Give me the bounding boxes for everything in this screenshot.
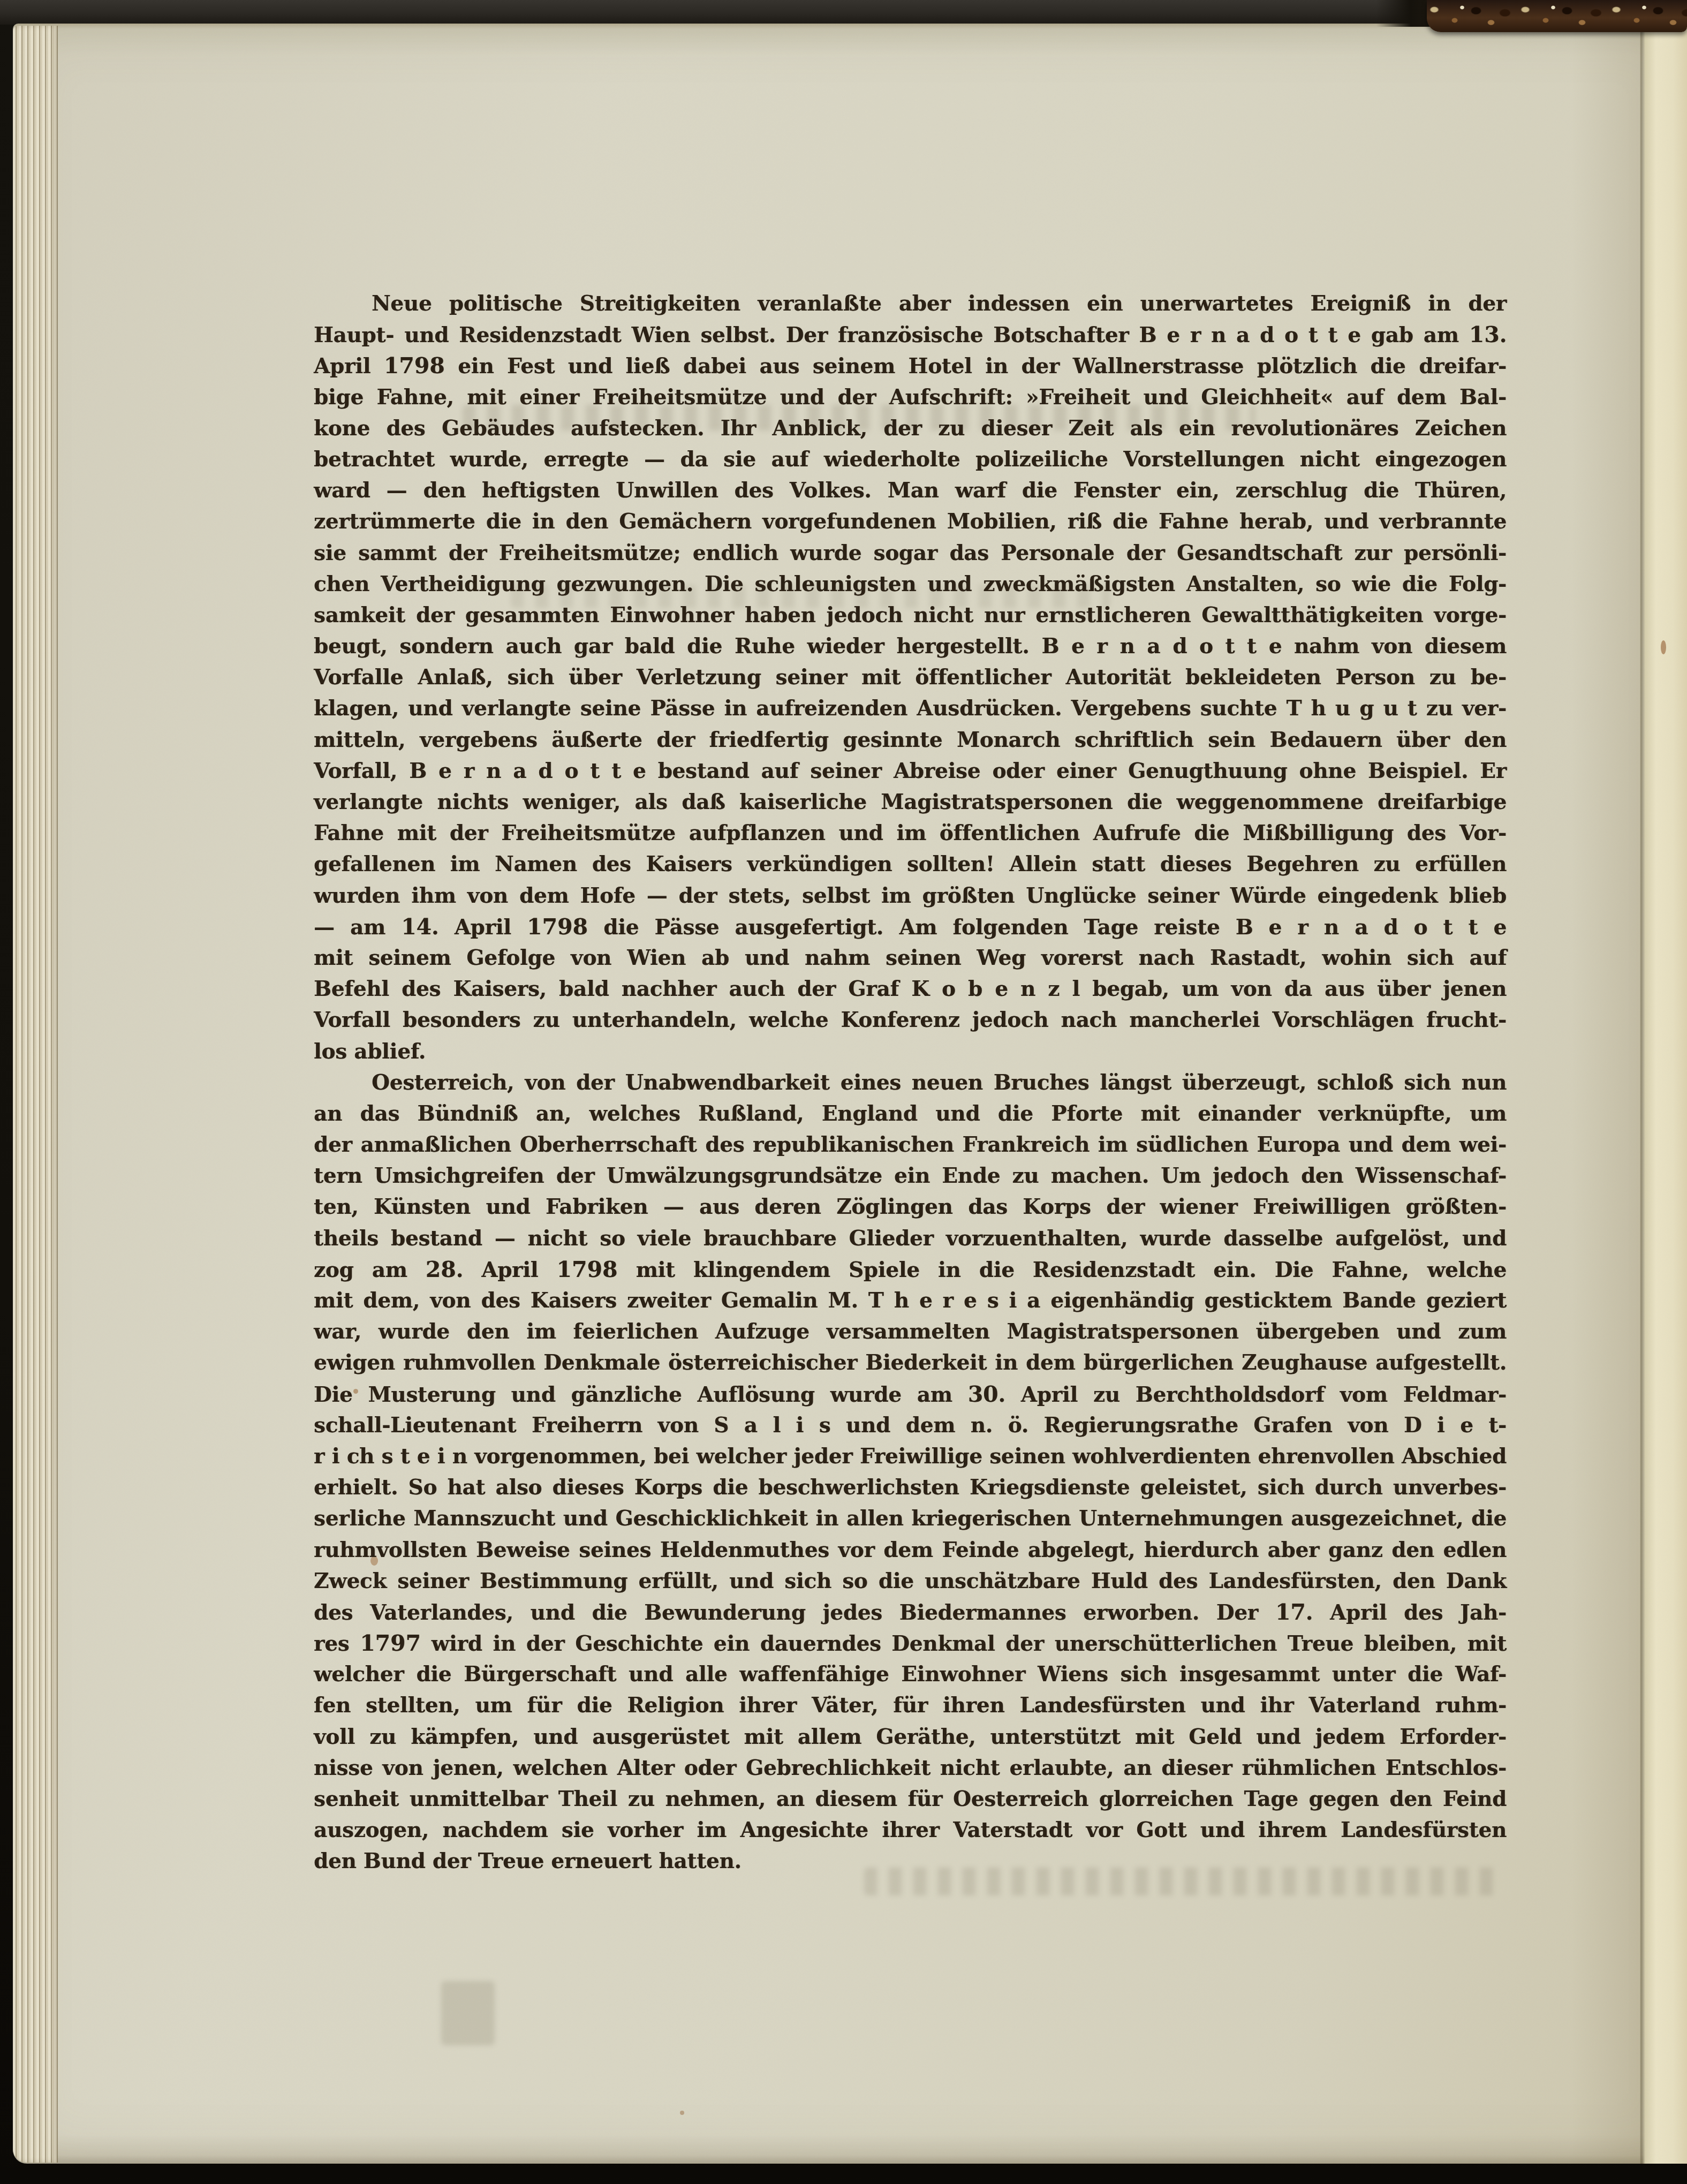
text-line: kone des Gebäudes aufstecken. Ihr Anblic… bbox=[314, 413, 1507, 444]
text-line: ward — den heftigsten Unwillen des Volke… bbox=[314, 475, 1507, 506]
text-line: los ablief. bbox=[314, 1036, 1507, 1067]
book-scan: Neue politische Streitigkeiten veranlaßt… bbox=[0, 0, 1687, 2184]
text-line: nisse von jenen, welchen Alter oder Gebr… bbox=[314, 1752, 1507, 1784]
text-line: Vorfalle Anlaß, sich über Verletzung sei… bbox=[314, 662, 1507, 693]
page: Neue politische Streitigkeiten veranlaßt… bbox=[13, 24, 1687, 2164]
text-line: Befehl des Kaisers, bald nachher auch de… bbox=[314, 973, 1507, 1004]
paragraph: Neue politische Streitigkeiten veranlaßt… bbox=[314, 288, 1507, 1067]
text-line: serliche Mannszucht und Geschicklichkeit… bbox=[314, 1503, 1507, 1534]
text-line: Vorfall, B e r n a d o t t e bestand auf… bbox=[314, 755, 1507, 787]
text-line: bige Fahne, mit einer Freiheitsmütze und… bbox=[314, 382, 1507, 413]
text-line: ewigen ruhmvollen Denkmale österreichisc… bbox=[314, 1347, 1507, 1378]
text-line: Oesterreich, von der Unabwendbarkeit ein… bbox=[314, 1067, 1507, 1098]
page-edge-stack bbox=[13, 26, 58, 2163]
text-line: der anmaßlichen Oberherrschaft des repub… bbox=[314, 1129, 1507, 1160]
text-line: tern Umsichgreifen der Umwälzungsgrundsä… bbox=[314, 1160, 1507, 1191]
text-line: klagen, und verlangte seine Pässe in auf… bbox=[314, 693, 1507, 724]
text-line: voll zu kämpfen, und ausgerüstet mit all… bbox=[314, 1721, 1507, 1752]
text-line: zog am 28. April 1798 mit klingendem Spi… bbox=[314, 1254, 1507, 1285]
text-line: fen stellten, um für die Religion ihrer … bbox=[314, 1690, 1507, 1721]
text-line: mit seinem Gefolge von Wien ab und nahm … bbox=[314, 942, 1507, 973]
text-line: schall-Lieutenant Freiherrn von S a l i … bbox=[314, 1410, 1507, 1441]
text-line: — am 14. April 1798 die Pässe ausgeferti… bbox=[314, 911, 1507, 942]
text-line: Vorfall besonders zu unterhandeln, welch… bbox=[314, 1004, 1507, 1036]
text-line: den Bund der Treue erneuert hatten. bbox=[314, 1846, 1507, 1877]
showthrough-ghost bbox=[441, 1981, 495, 2045]
text-line: zertrümmerte die in den Gemächern vorgef… bbox=[314, 506, 1507, 537]
text-line: res 1797 wird in der Geschichte ein daue… bbox=[314, 1628, 1507, 1659]
spine-marbled-edge bbox=[1427, 0, 1687, 32]
text-line: chen Vertheidigung gezwungen. Die schleu… bbox=[314, 569, 1507, 600]
text-line: Die Musterung und gänzliche Auflösung wu… bbox=[314, 1379, 1507, 1410]
text-line: beugt, sondern auch gar bald die Ruhe wi… bbox=[314, 631, 1507, 662]
text-line: mitteln, vergebens äußerte der friedfert… bbox=[314, 724, 1507, 755]
text-line: mit dem, von des Kaisers zweiter Gemalin… bbox=[314, 1285, 1507, 1316]
text-line: gefallenen im Namen des Kaisers verkündi… bbox=[314, 849, 1507, 880]
text-line: sie sammt der Freiheitsmütze; endlich wu… bbox=[314, 538, 1507, 569]
gutter-shading bbox=[1571, 24, 1641, 2164]
text-block: Neue politische Streitigkeiten veranlaßt… bbox=[314, 288, 1507, 1877]
text-line: Zweck seiner Bestimmung erfüllt, und sic… bbox=[314, 1566, 1507, 1597]
text-line: an das Bündniß an, welches Rußland, Engl… bbox=[314, 1098, 1507, 1129]
text-line: Neue politische Streitigkeiten veranlaßt… bbox=[314, 288, 1507, 319]
text-line: Haupt- und Residenzstadt Wien selbst. De… bbox=[314, 319, 1507, 350]
paragraph: Oesterreich, von der Unabwendbarkeit ein… bbox=[314, 1067, 1507, 1877]
text-line: senheit unmittelbar Theil zu nehmen, an … bbox=[314, 1784, 1507, 1815]
text-line: samkeit der gesammten Einwohner haben je… bbox=[314, 600, 1507, 631]
text-line: r i ch s t e i n vorgenommen, bei welche… bbox=[314, 1441, 1507, 1472]
text-line: war, wurde den im feierlichen Aufzuge ve… bbox=[314, 1316, 1507, 1347]
text-line: ruhmvollsten Beweise seines Heldenmuthes… bbox=[314, 1535, 1507, 1566]
text-line: verlangte nichts weniger, als daß kaiser… bbox=[314, 787, 1507, 818]
text-line: auszogen, nachdem sie vorher im Angesich… bbox=[314, 1815, 1507, 1846]
text-line: Fahne mit der Freiheitsmütze aufpflanzen… bbox=[314, 818, 1507, 849]
text-line: April 1798 ein Fest und ließ dabei aus s… bbox=[314, 350, 1507, 381]
text-line: theils bestand — nicht so viele brauchba… bbox=[314, 1223, 1507, 1254]
text-line: des Vaterlandes, und die Bewunderung jed… bbox=[314, 1597, 1507, 1628]
text-line: betrachtet wurde, erregte — da sie auf w… bbox=[314, 444, 1507, 475]
text-line: erhielt. So hat also dieses Korps die be… bbox=[314, 1472, 1507, 1503]
paper-speck bbox=[680, 2111, 684, 2115]
gutter-crease bbox=[1640, 24, 1687, 2164]
text-line: ten, Künsten und Fabriken — aus deren Zö… bbox=[314, 1191, 1507, 1222]
text-line: welcher die Bürgerschaft und alle waffen… bbox=[314, 1659, 1507, 1690]
paper-speck bbox=[1661, 640, 1666, 654]
text-line: wurden ihm von dem Hofe — der stets, sel… bbox=[314, 880, 1507, 911]
